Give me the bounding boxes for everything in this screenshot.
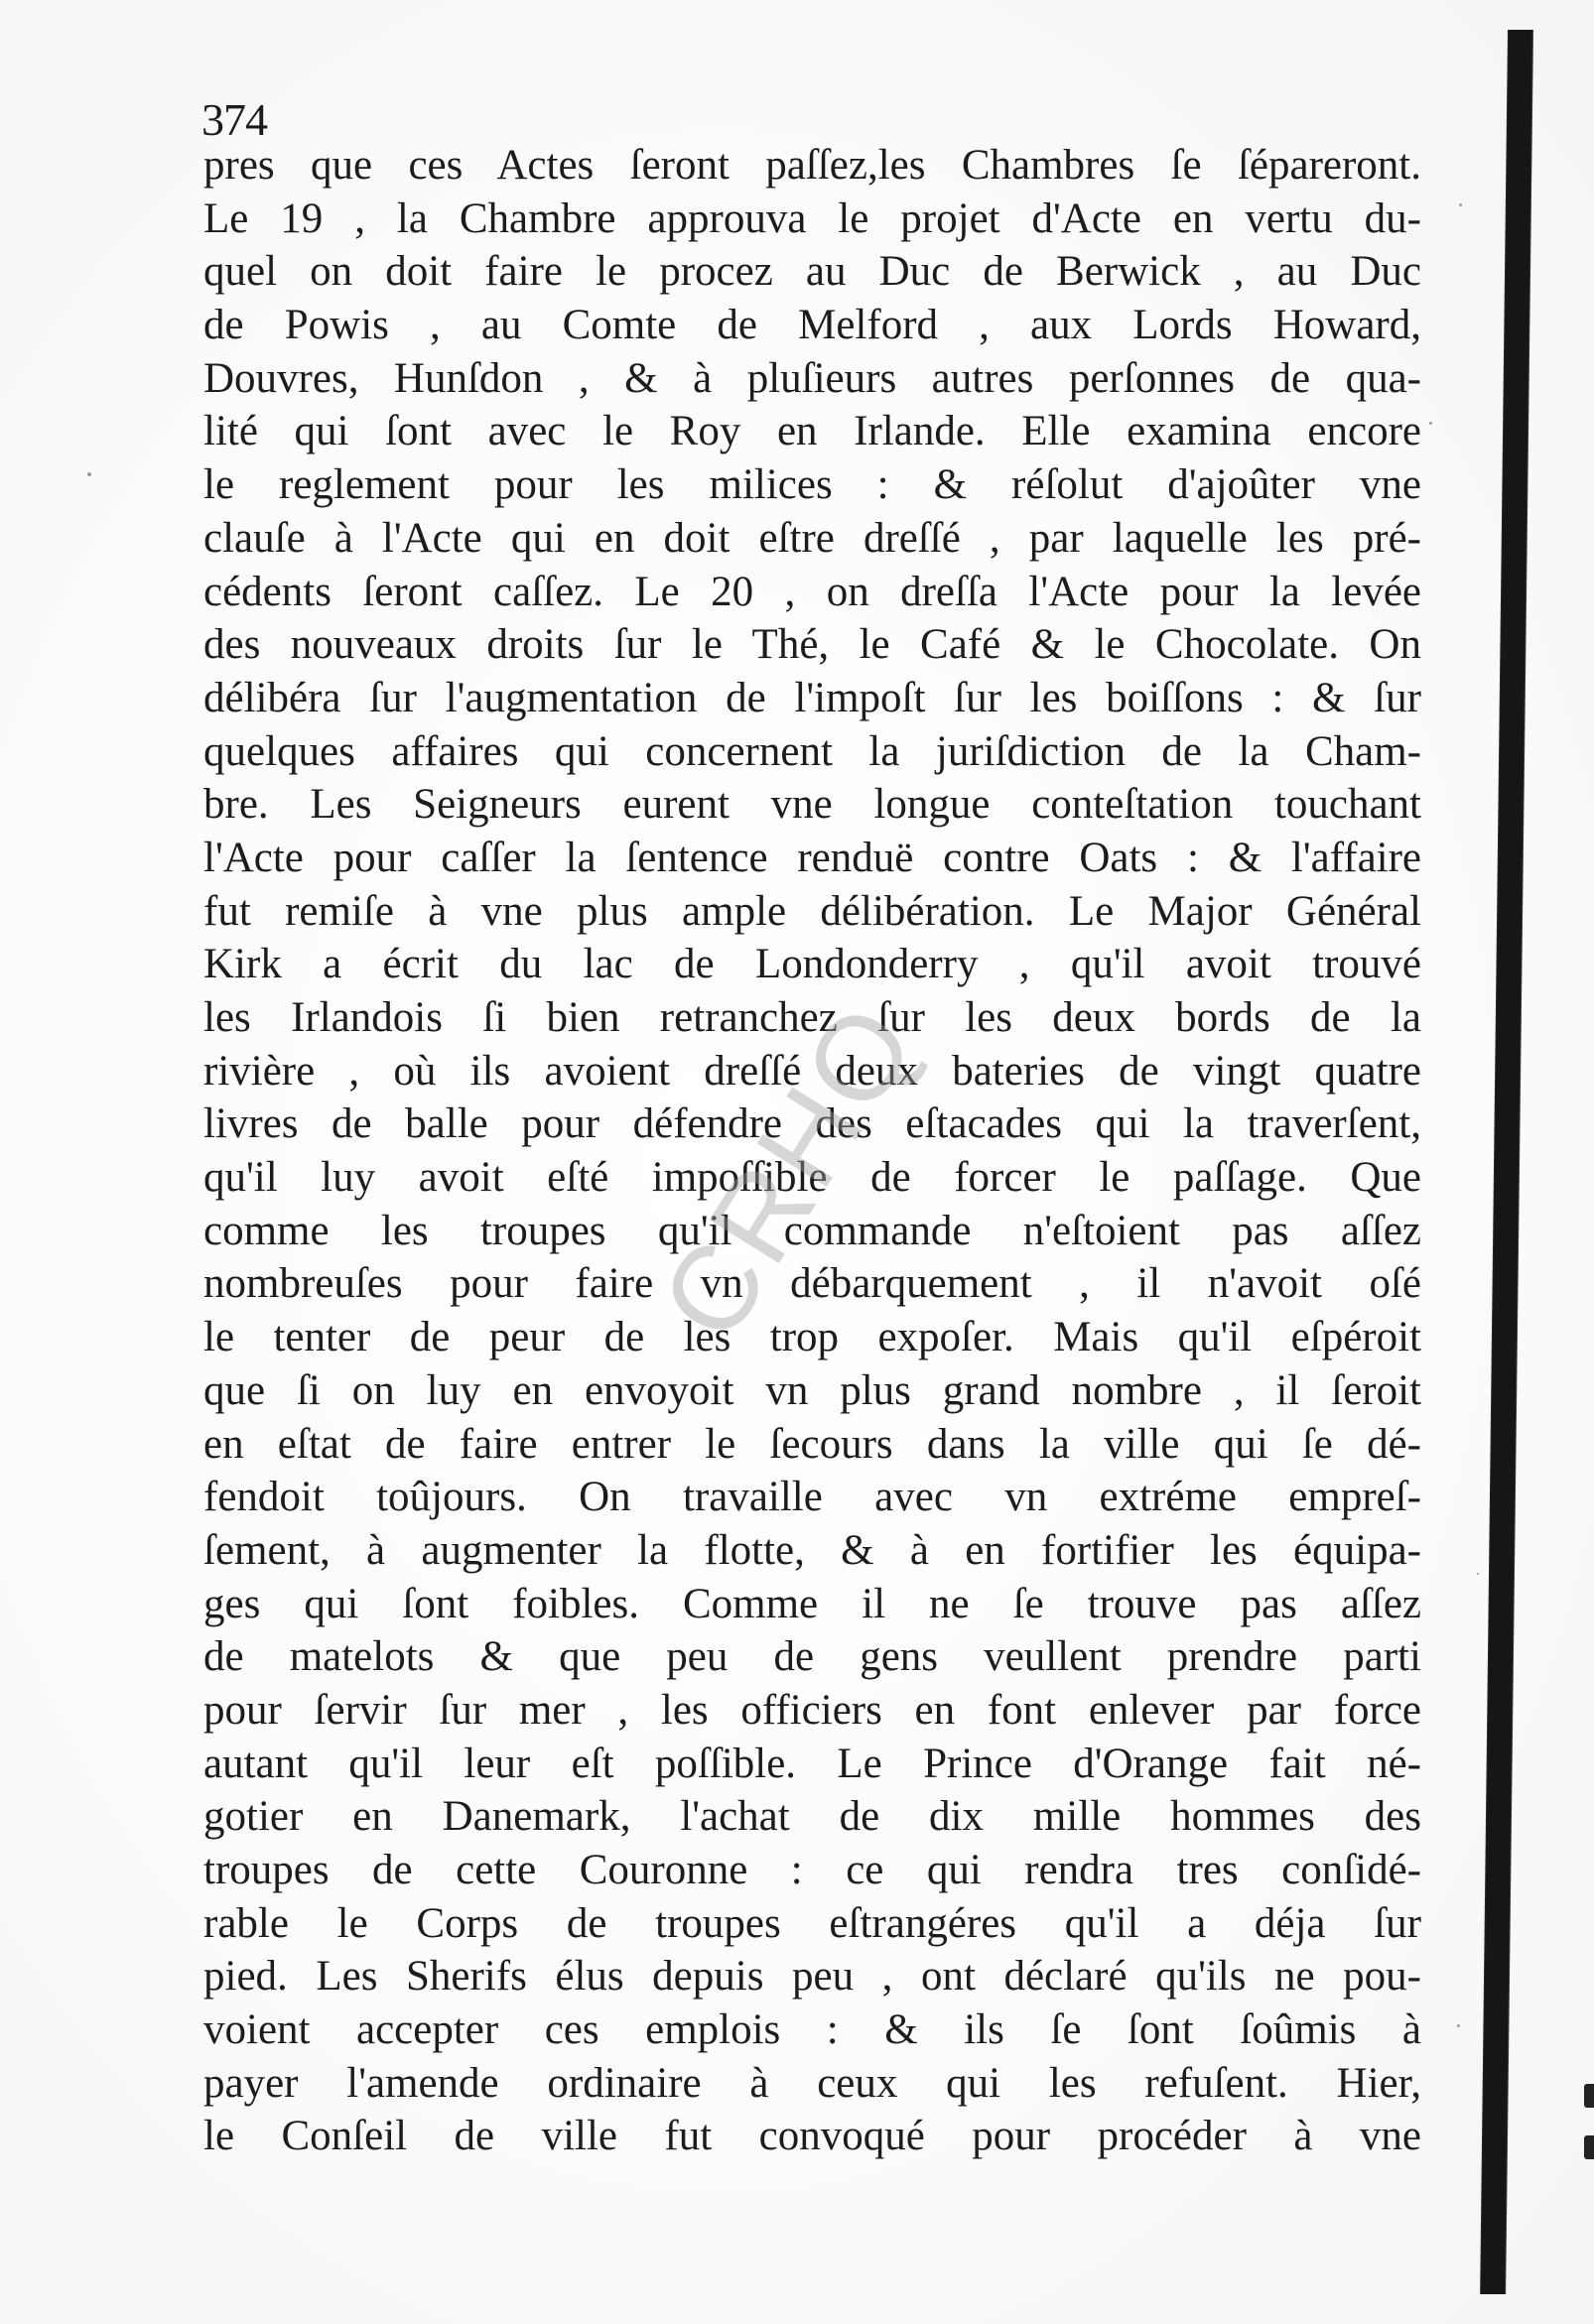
scanned-book-page: 374 pres que ces Actes ſeront paſſez,les… [0,0,1594,2324]
text-line: pied. Les Sherifs élus depuis peu , ont … [203,1950,1421,2003]
text-line: livres de balle pour défendre des eſtaca… [203,1097,1421,1151]
text-line: quelques affaires qui concernent la juri… [203,725,1421,779]
text-line: rable le Corps de troupes eſtrangéres qu… [203,1897,1421,1951]
text-line: l'Acte pour caſſer la ſentence renduë co… [203,832,1421,885]
text-line: délibéra ſur l'augmentation de l'impoſt … [203,672,1421,725]
text-line: clauſe à l'Acte qui en doit eſtre dreſſé… [203,512,1421,566]
text-line: bre. Les Seigneurs eurent vne longue con… [203,778,1421,832]
text-line: payer l'amende ordinaire à ceux qui les … [203,2057,1421,2111]
text-line: ges qui ſont foibles. Comme il ne ſe tro… [203,1578,1421,1631]
text-line: de matelots & que peu de gens veullent p… [203,1630,1421,1684]
text-line: nombreuſes pour faire vn débarquement , … [203,1257,1421,1311]
adjacent-page-fragment [1584,2084,1594,2108]
text-line: lité qui ſont avec le Roy en Irlande. El… [203,405,1421,458]
text-line: le reglement pour les milices : & réſolu… [203,458,1421,512]
text-line: Le 19 , la Chambre approuva le projet d'… [203,193,1421,246]
text-line: troupes de cette Couronne : ce qui rendr… [203,1844,1421,1897]
scan-speck [1457,2024,1460,2027]
text-line: autant qu'il leur eſt poſſible. Le Princ… [203,1738,1421,1791]
text-line: fut remiſe à vne plus ample délibération… [203,885,1421,939]
text-line: rivière , où ils avoient dreſſé deux bat… [203,1045,1421,1098]
text-line: Kirk a écrit du lac de Londonderry , qu'… [203,938,1421,991]
text-line: des nouveaux droits ſur le Thé, le Café … [203,618,1421,672]
scan-speck [1429,422,1432,425]
scan-speck [87,472,91,476]
text-line: ſement, à augmenter la flotte, & à en fo… [203,1524,1421,1578]
text-line: pres que ces Actes ſeront paſſez,les Cha… [203,139,1421,193]
text-line: comme les troupes qu'il commande n'eſtoi… [203,1205,1421,1258]
body-text: pres que ces Actes ſeront paſſez,les Cha… [203,139,1421,2163]
text-line: quel on doit faire le procez au Duc de B… [203,245,1421,299]
text-line: qu'il luy avoit eſté impoſſible de force… [203,1151,1421,1205]
adjacent-page-fragment [1584,2135,1594,2159]
page-number: 374 [201,95,267,145]
text-line: Douvres, Hunſdon , & à pluſieurs autres … [203,352,1421,406]
text-line: gotier en Danemark, l'achat de dix mille… [203,1790,1421,1844]
text-line: fendoit toûjours. On travaille avec vn e… [203,1471,1421,1524]
text-line: pour ſervir ſur mer , les officiers en f… [203,1684,1421,1738]
text-line: en eſtat de faire entrer le ſecours dans… [203,1418,1421,1472]
text-line: le Conſeil de ville fut convoqué pour pr… [203,2110,1421,2163]
text-line: cédents ſeront caſſez. Le 20 , on dreſſa… [203,566,1421,619]
page-gutter-edge [1481,30,1532,2294]
text-line: que ſi on luy en envoyoit vn plus grand … [203,1364,1421,1418]
scan-speck [1459,203,1462,206]
scan-speck [1477,1573,1479,1575]
text-line: voient accepter ces emplois : & ils ſe ſ… [203,2003,1421,2057]
text-line: le tenter de peur de les trop expoſer. M… [203,1311,1421,1364]
text-line: de Powis , au Comte de Melford , aux Lor… [203,299,1421,352]
text-line: les Irlandois ſi bien retranchez ſur les… [203,991,1421,1045]
